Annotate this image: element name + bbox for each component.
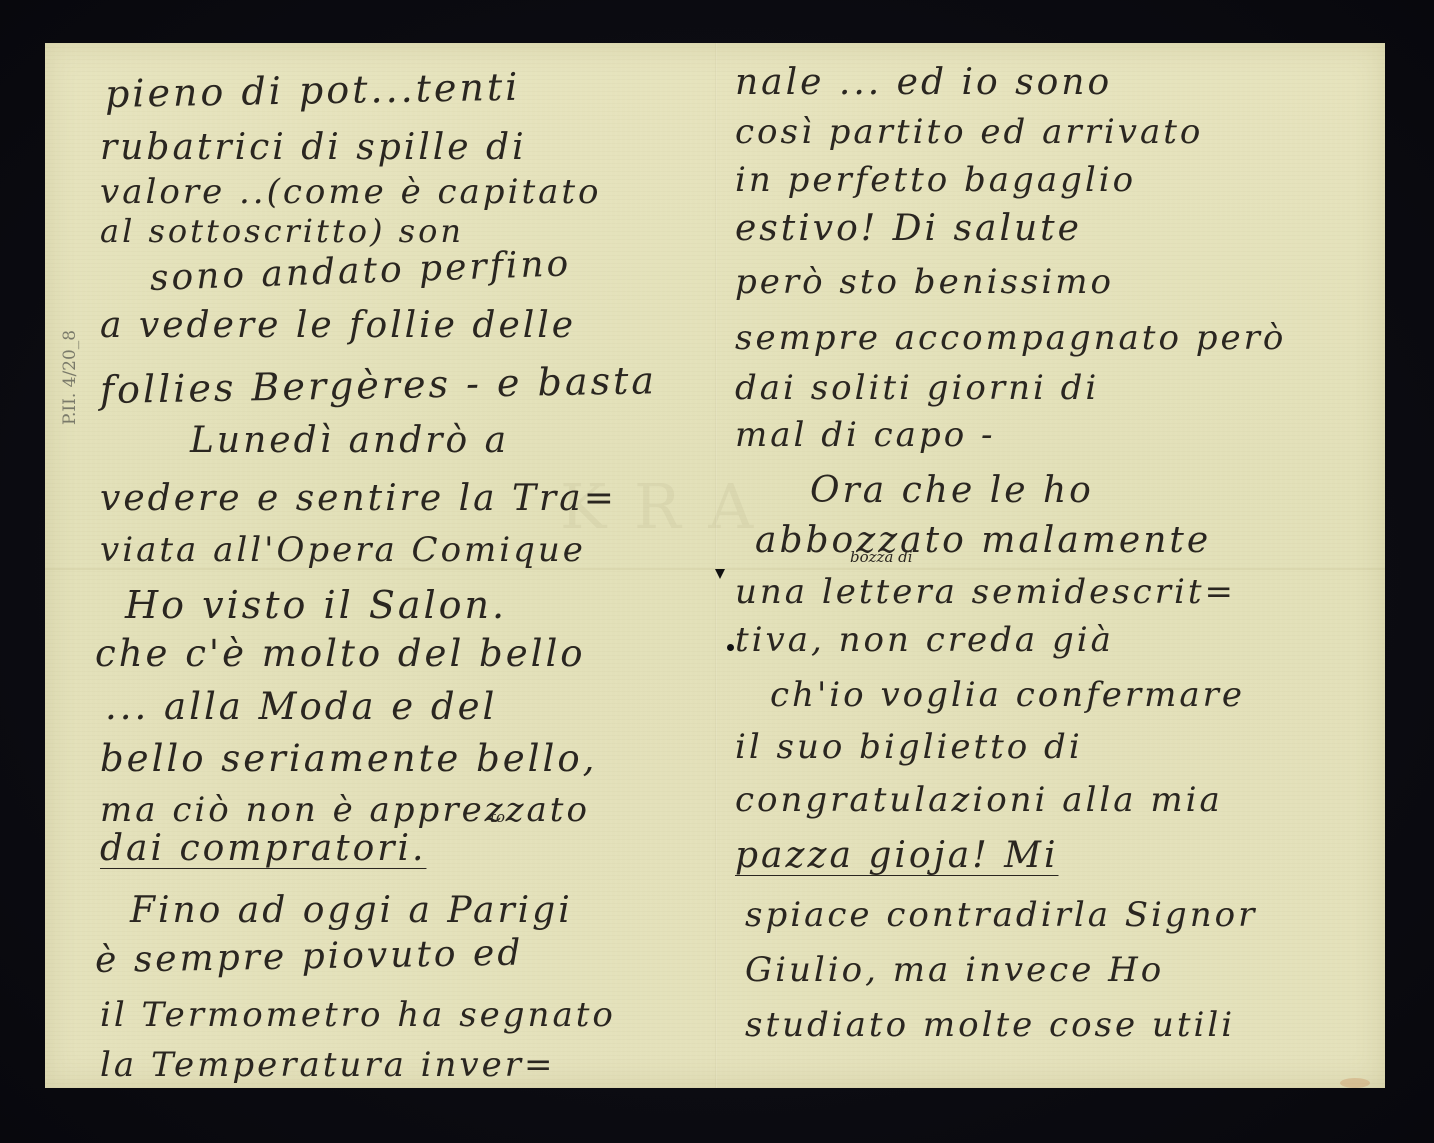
left-line-8: Lunedì andrò a bbox=[190, 420, 509, 461]
left-line-20: la Temperatura inver= bbox=[100, 1045, 556, 1085]
right-line-19: studiato molte cose utili bbox=[745, 1005, 1235, 1045]
center-ink-dot bbox=[727, 644, 734, 651]
right-line-10: abbozzato malamente bbox=[755, 520, 1211, 561]
right-inserted-note: bozza di bbox=[850, 548, 913, 566]
right-line-3: in perfetto bagaglio bbox=[735, 160, 1136, 200]
left-line-14: bello seriamente bello, bbox=[100, 737, 597, 780]
right-line-6: sempre accompagnato però bbox=[735, 318, 1286, 358]
paper-stain bbox=[1340, 1078, 1370, 1088]
right-line-8: mal di capo - bbox=[735, 415, 995, 455]
left-line-15: ma ciò non è apprezzato bbox=[100, 790, 590, 830]
right-line-13: ch'io voglia confermare bbox=[770, 675, 1245, 715]
left-inserted-note: to bbox=[490, 808, 505, 826]
center-fold bbox=[715, 43, 717, 1088]
left-line-11: Ho visto il Salon. bbox=[125, 583, 507, 627]
right-line-7: dai soliti giorni di bbox=[735, 368, 1099, 408]
right-line-16: pazza gioja! Mi bbox=[735, 835, 1059, 876]
archive-mark-text: P.II. 4/20_8 bbox=[60, 245, 80, 425]
left-line-4: al sottoscritto) son bbox=[100, 212, 464, 250]
right-line-12: tiva, non creda già bbox=[735, 620, 1114, 660]
left-line-17: Fino ad oggi a Parigi bbox=[130, 890, 573, 931]
right-line-2: così partito ed arrivato bbox=[735, 112, 1203, 152]
right-line-14: il suo biglietto di bbox=[735, 727, 1083, 767]
right-line-1: nale ... ed io sono bbox=[735, 62, 1112, 103]
right-line-17: spiace contradirla Signor bbox=[745, 895, 1257, 935]
left-line-9: vedere e sentire la Tra= bbox=[100, 478, 617, 519]
right-line-5: però sto benissimo bbox=[735, 262, 1114, 302]
left-line-2: rubatrici di spille di bbox=[100, 127, 527, 168]
center-ink-mark bbox=[715, 569, 725, 579]
left-line-12: che c'è molto del bello bbox=[95, 632, 586, 675]
right-line-9: Ora che le ho bbox=[810, 470, 1094, 511]
archive-mark: P.II. 4/20_8 bbox=[55, 250, 85, 430]
left-line-18: è sempre piovuto ed bbox=[95, 933, 524, 981]
right-line-15: congratulazioni alla mia bbox=[735, 780, 1223, 820]
right-line-11: una lettera semidescrit= bbox=[735, 572, 1236, 612]
right-line-4: estivo! Di salute bbox=[735, 208, 1082, 249]
left-line-10: viata all'Opera Comique bbox=[100, 530, 586, 570]
right-line-18: Giulio, ma invece Ho bbox=[745, 950, 1164, 990]
left-line-16: dai compratori. bbox=[100, 828, 426, 869]
left-line-1: pieno di pot...tenti bbox=[105, 65, 521, 116]
left-line-19: il Termometro ha segnato bbox=[100, 995, 616, 1035]
left-line-13: ... alla Moda e del bbox=[105, 685, 497, 728]
left-line-6: a vedere le follie delle bbox=[100, 305, 576, 346]
left-line-3: valore ..(come è capitato bbox=[100, 172, 602, 212]
